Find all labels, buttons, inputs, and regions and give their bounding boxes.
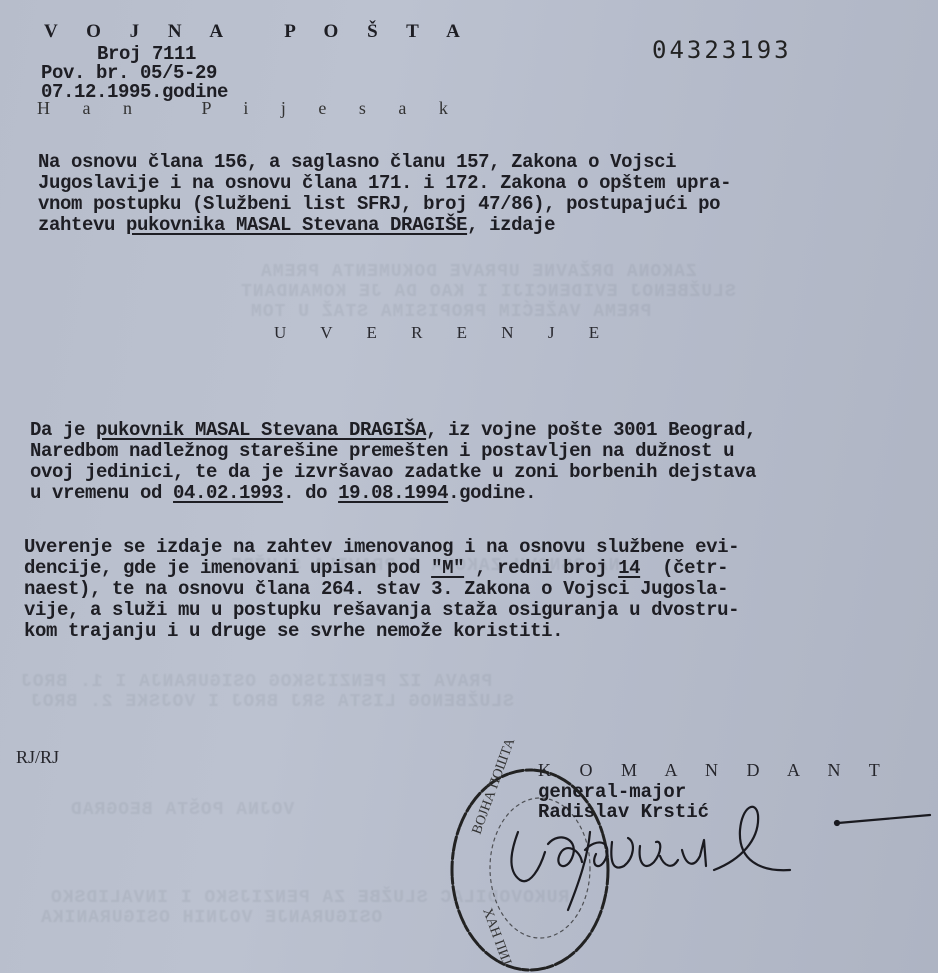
confidential-number: Pov. br. 05/5-29 <box>41 63 217 83</box>
body-text: .godine. <box>448 482 536 504</box>
bleed-through-text: PRAVA IZ PENZIJSKOG OSIGURANJA I 1. BROJ <box>20 672 492 692</box>
preamble-line: Jugoslavije i na osnovu člana 171. i 172… <box>38 173 731 193</box>
register-category: "M" <box>431 557 464 579</box>
body-text: (četr- <box>640 557 728 579</box>
body-line: kom trajanju i u druge se svrhe nemože k… <box>24 621 563 641</box>
svg-text:ХАН ПИЈ: ХАН ПИЈ <box>479 906 514 968</box>
signatory-title: K O M A N D A N T <box>538 760 892 781</box>
typist-initials: RJ/RJ <box>16 747 59 768</box>
bleed-through-text: RUKOVODILAC SLUŽBE ZA PENZIJSKO I INVALI… <box>50 888 569 908</box>
unit-heading: V O J N A P O Š T A <box>44 22 472 42</box>
bleed-through-text: VOJNA POŠTA BEOGRAD <box>70 800 294 820</box>
applicant-name-genitive: pukovnika MASAL Stevana DRAGIŠE <box>126 214 467 236</box>
body-line: dencije, gde je imenovani upisan pod "M"… <box>24 558 728 578</box>
svg-text:ВОЈНА ПОШТА: ВОЈНА ПОШТА <box>470 736 519 837</box>
preamble-line: zahtevu pukovnika MASAL Stevana DRAGIŠE,… <box>38 215 555 235</box>
service-date-to: 19.08.1994 <box>338 482 448 504</box>
signatory-name: Radislav Krstić <box>538 801 709 823</box>
body-line: vije, a služi mu u postupku rešavanja st… <box>24 600 739 620</box>
body-text: , redni broj <box>464 557 618 579</box>
serial-number: 04323193 <box>652 36 792 64</box>
body-line: Da je pukovnik MASAL Stevana DRAGIŠA, iz… <box>30 420 756 440</box>
bleed-through-text: SLUŽBENOJ EVIDENCIJI I KAO DA JE KOMANDA… <box>240 282 736 302</box>
body-line: ovoj jedinici, te da je izvršavao zadatk… <box>30 462 756 482</box>
body-text: dencije, gde je imenovani upisan pod <box>24 557 431 579</box>
document-number: Broj 7111 <box>97 44 196 64</box>
applicant-name: pukovnik MASAL Stevana DRAGIŠA <box>96 419 426 441</box>
preamble-text: zahtevu <box>38 214 126 236</box>
body-text: Da je <box>30 419 96 441</box>
bleed-through-text: SLUŽBENOG LISTA SRJ BROJ I VOJSKE 2. BRO… <box>30 692 514 712</box>
body-text: , iz vojne pošte 3001 Beograd, <box>426 419 756 441</box>
body-line: Naredbom nadležnog starešine premešten i… <box>30 441 734 461</box>
body-text: u vremenu od <box>30 482 173 504</box>
preamble-line: Na osnovu člana 156, a saglasno članu 15… <box>38 152 676 172</box>
signatory-rank: general-major <box>538 781 686 803</box>
body-line: naest), te na osnovu člana 264. stav 3. … <box>24 579 728 599</box>
document-title: U V E R E N J E <box>274 323 614 343</box>
bleed-through-text: OSIGURANJE VOJNIH OSIGURANIKA <box>40 908 382 928</box>
body-line: Uverenje se izdaje na zahtev imenovanog … <box>24 537 739 557</box>
bleed-through-text: ZAKONA DRŽAVNE UPRAVE DOKUMENTA PREMA <box>260 262 697 282</box>
document-place: H a n P i j e s a k <box>37 98 462 118</box>
body-line: u vremenu od 04.02.1993. do 19.08.1994.g… <box>30 483 536 503</box>
register-ordinal: 14 <box>618 557 640 579</box>
body-text: . do <box>283 482 338 504</box>
bleed-through-text: PREMA VAŽEĆIM PROPISIMA STAŽ U TOM <box>250 302 651 322</box>
preamble-text: , izdaje <box>467 214 555 236</box>
document-page: ZAKONA DRŽAVNE UPRAVE DOKUMENTA PREMA SL… <box>0 0 938 973</box>
preamble-line: vnom postupku (Službeni list SFRJ, broj … <box>38 194 720 214</box>
service-date-from: 04.02.1993 <box>173 482 283 504</box>
